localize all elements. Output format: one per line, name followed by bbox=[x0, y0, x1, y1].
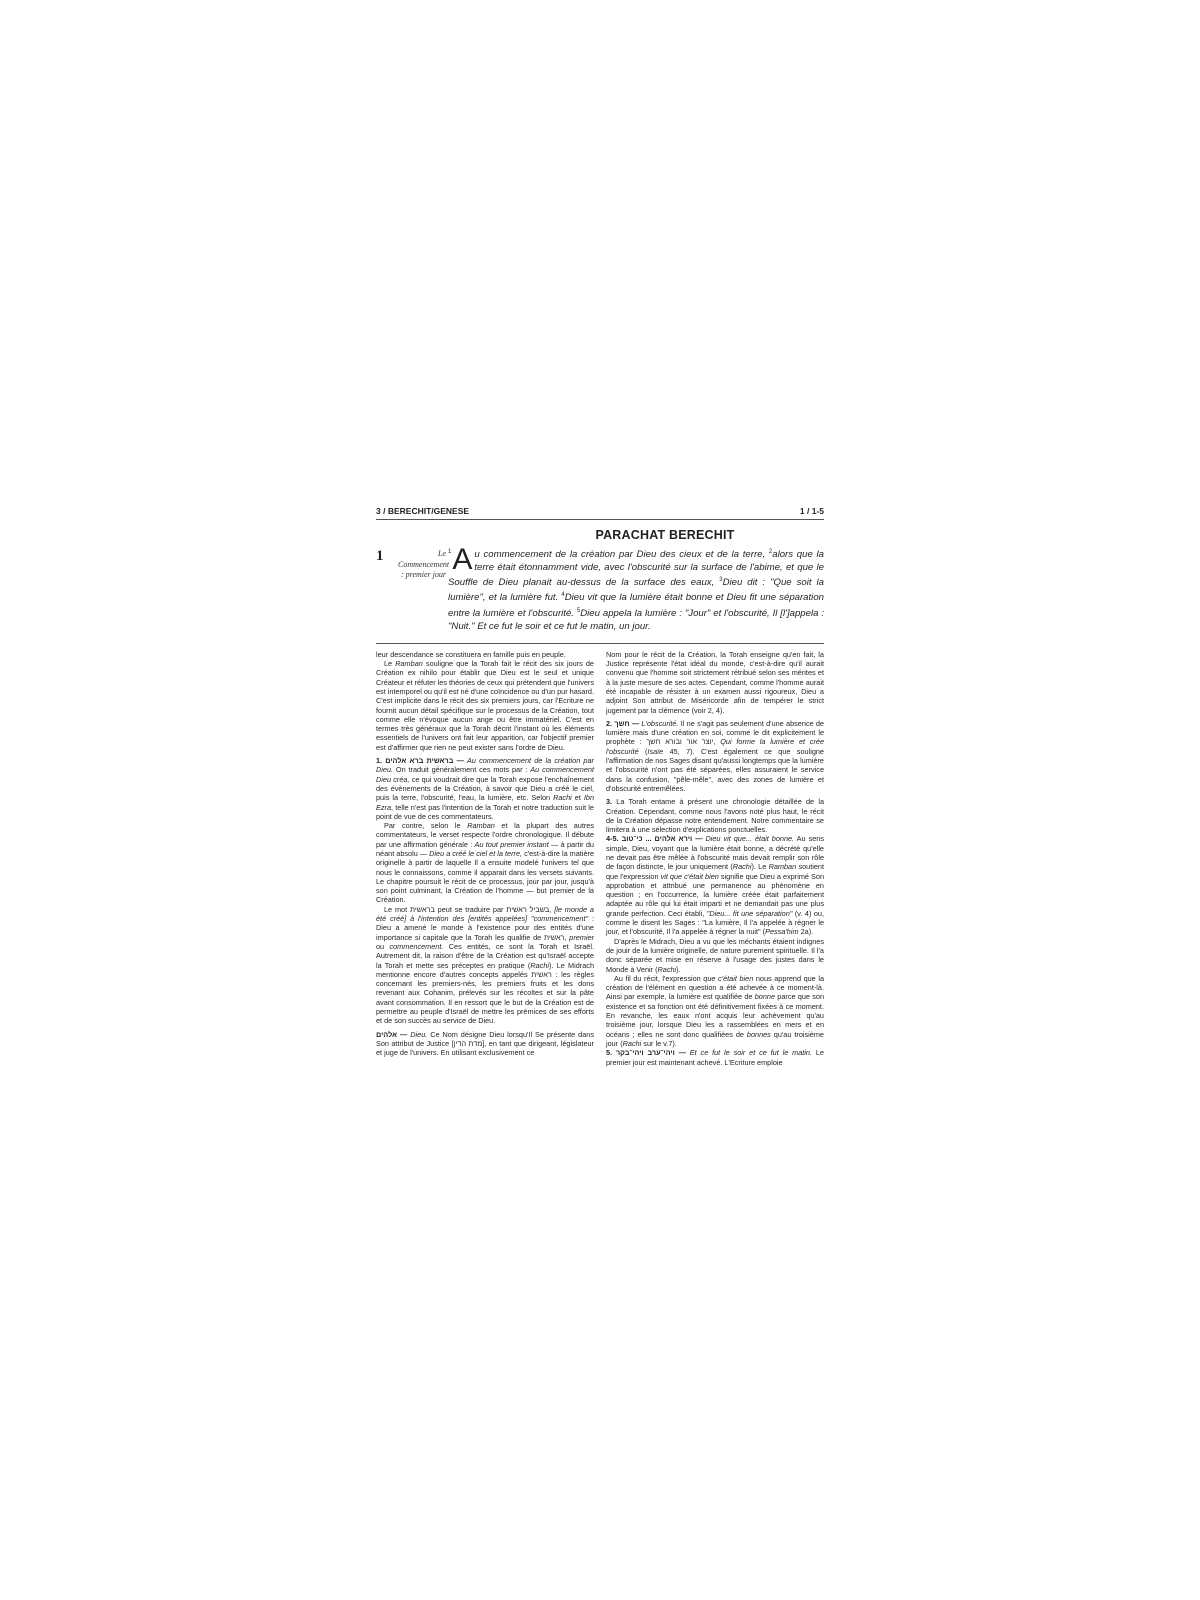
paragraph: leur descendance se constituera en famil… bbox=[376, 650, 594, 659]
margin-note: Le Commencement : premier jour bbox=[398, 549, 446, 581]
paragraph: D'après le Midrach, Dieu a vu que les mé… bbox=[606, 937, 824, 974]
scripture-verse-block: 1 Le Commencement : premier jour 1Au com… bbox=[376, 546, 824, 633]
paragraph: Nom pour le récit de la Création, la Tor… bbox=[606, 650, 824, 715]
verse: u commencement de la création par Dieu d… bbox=[474, 549, 769, 560]
verse-number: 1 bbox=[448, 546, 451, 559]
commentary-note-4-5: 4-5. וירא אלהים ... כי־טוב — Dieu vit qu… bbox=[606, 834, 824, 936]
commentary-right-column: Nom pour le récit de la Création, la Tor… bbox=[606, 650, 824, 1067]
paragraph: Au fil du récit, l'expression que c'étai… bbox=[606, 974, 824, 1048]
commentary-note-5: 5. ויהי־ערב ויהי־בקר — Et ce fut le soir… bbox=[606, 1048, 824, 1067]
paragraph: Le Ramban souligne que la Torah fait le … bbox=[376, 659, 594, 752]
commentary-note-1: 1. בראשית ברא אלהים — Au commencement de… bbox=[376, 756, 594, 821]
chapter-number: 1 bbox=[376, 548, 384, 565]
running-header: 3 / BERECHIT/GENESE 1 / 1-5 bbox=[376, 506, 824, 520]
page-number: 3 bbox=[376, 506, 381, 516]
book-page: 3 / BERECHIT/GENESE 1 / 1-5 PARACHAT BER… bbox=[376, 506, 824, 1067]
divider bbox=[376, 643, 824, 644]
header-left: 3 / BERECHIT/GENESE bbox=[376, 506, 469, 516]
paragraph: Par contre, selon le Ramban et la plupar… bbox=[376, 821, 594, 905]
book-name: BERECHIT/GENESE bbox=[388, 506, 469, 516]
verse-text: 1Au commencement de la création par Dieu… bbox=[448, 546, 824, 633]
commentary-left-column: leur descendance se constituera en famil… bbox=[376, 650, 594, 1067]
drop-cap: A bbox=[452, 546, 472, 573]
commentary-columns: leur descendance se constituera en famil… bbox=[376, 650, 824, 1067]
paragraph: Le mot בראשית peut se traduire par בשביל… bbox=[376, 905, 594, 1026]
commentary-note-elohim: אלהים — Dieu. Ce Nom désigne Dieu lorsqu… bbox=[376, 1030, 594, 1058]
parasha-title: PARACHAT BERECHIT bbox=[506, 528, 824, 542]
commentary-note-2: 2. חשך — L'obscurité. Il ne s'agit pas s… bbox=[606, 719, 824, 793]
chapter-margin: 1 Le Commencement : premier jour bbox=[376, 546, 448, 633]
chapter-verse-reference: 1 / 1-5 bbox=[800, 506, 824, 516]
commentary-note-3: 3. La Torah entame à présent une chronol… bbox=[606, 797, 824, 834]
